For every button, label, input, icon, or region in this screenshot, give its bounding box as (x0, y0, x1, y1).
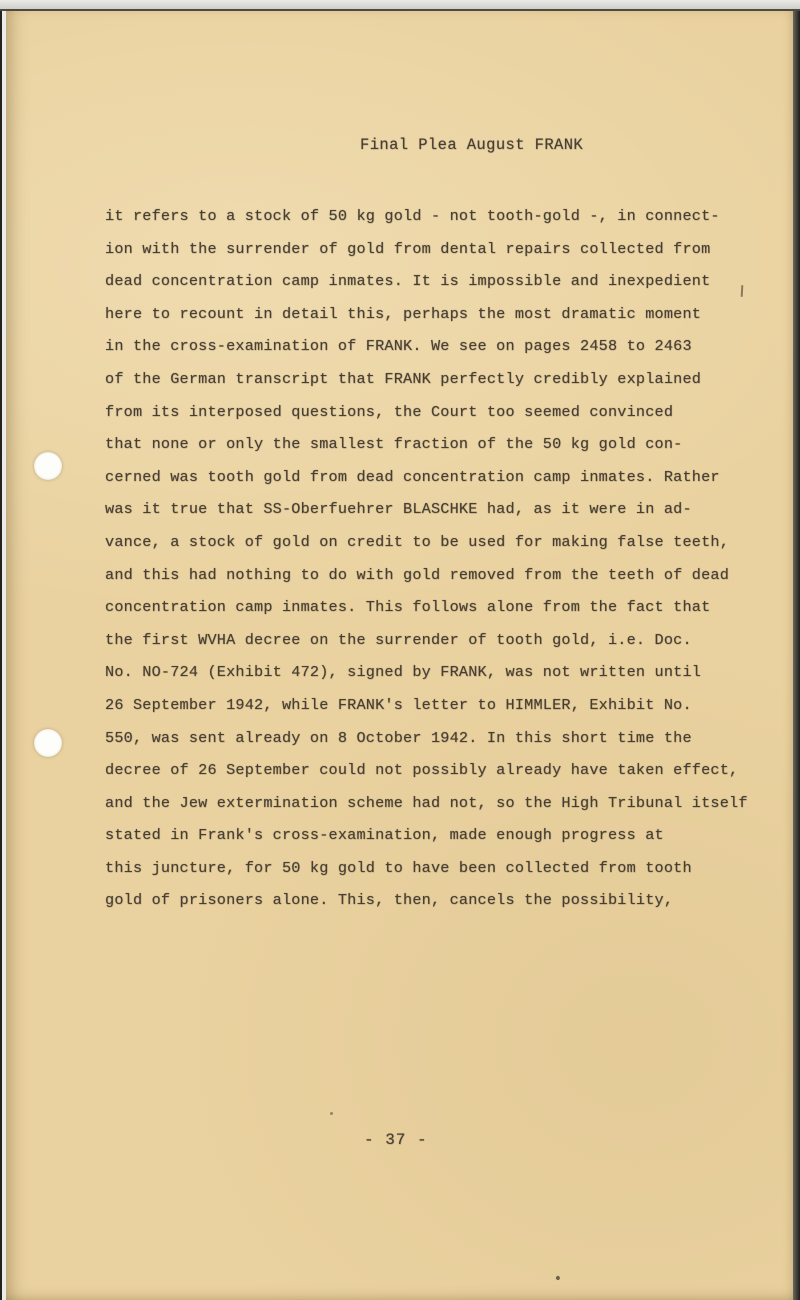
text-line: concentration camp inmates. This follows… (105, 591, 765, 624)
text-line: here to recount in detail this, perhaps … (105, 298, 765, 331)
text-line: of the German transcript that FRANK perf… (105, 363, 765, 396)
ink-speck (330, 1112, 333, 1115)
text-line: that none or only the smallest fraction … (105, 428, 765, 461)
text-line: 26 September 1942, while FRANK's letter … (105, 689, 765, 722)
text-line: from its interposed questions, the Court… (105, 396, 765, 429)
text-line: this juncture, for 50 kg gold to have be… (105, 852, 765, 885)
text-line: decree of 26 September could not possibl… (105, 754, 765, 787)
text-line: and the Jew extermination scheme had not… (105, 787, 765, 820)
text-line: and this had nothing to do with gold rem… (105, 559, 765, 592)
document-title: Final Plea August FRANK (360, 136, 583, 154)
text-line: vance, a stock of gold on credit to be u… (105, 526, 765, 559)
body-text: it refers to a stock of 50 kg gold - not… (105, 200, 765, 917)
scanner-edge-right (793, 0, 800, 1300)
text-line: ion with the surrender of gold from dent… (105, 233, 765, 266)
text-line: it refers to a stock of 50 kg gold - not… (105, 200, 765, 233)
text-line: 550, was sent already on 8 October 1942.… (105, 722, 765, 755)
scanned-document-page: { "colors": { "paper": "#ead2a0", "ink":… (0, 0, 800, 1300)
text-line: No. NO-724 (Exhibit 472), signed by FRAN… (105, 656, 765, 689)
text-line: the first WVHA decree on the surrender o… (105, 624, 765, 657)
punch-hole-top (34, 452, 62, 480)
text-line: dead concentration camp inmates. It is i… (105, 265, 765, 298)
text-line: stated in Frank's cross-examination, mad… (105, 819, 765, 852)
page-number: - 37 - (364, 1131, 428, 1149)
text-line: gold of prisoners alone. This, then, can… (105, 884, 765, 917)
text-line: was it true that SS-Oberfuehrer BLASCHKE… (105, 493, 765, 526)
scanner-edge-top (0, 0, 800, 11)
text-line: cerned was tooth gold from dead concentr… (105, 461, 765, 494)
punch-hole-bottom (34, 729, 62, 757)
text-line: in the cross-examination of FRANK. We se… (105, 330, 765, 363)
